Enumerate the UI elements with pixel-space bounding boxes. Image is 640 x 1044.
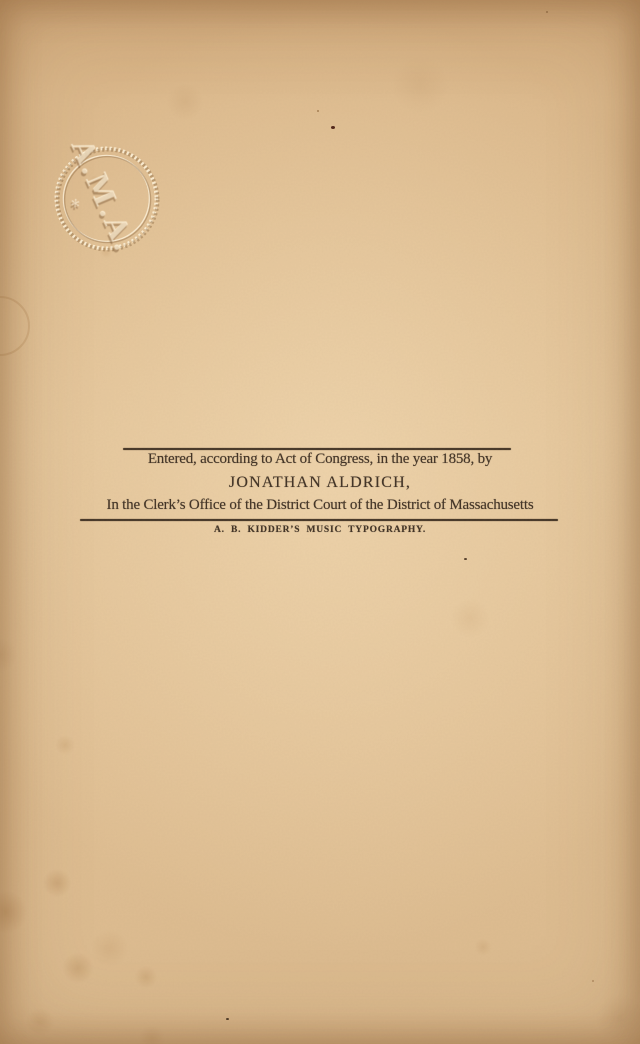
ink-speck — [546, 11, 548, 13]
edge-ring-stain — [0, 296, 30, 356]
imprint-top-rule — [123, 448, 511, 450]
ink-speck — [226, 1018, 229, 1020]
printer-credit-line: A. B. KIDDER’S MUSIC TYPOGRAPHY. — [0, 525, 640, 535]
imprint-author-line: JONATHAN ALDRICH, — [0, 474, 640, 492]
scanned-book-page: A.M.A. * Entered, according to Act of Co… — [0, 0, 640, 1044]
ink-speck — [331, 126, 335, 129]
ink-speck — [317, 110, 319, 112]
imprint-bottom-rule — [80, 519, 558, 521]
ink-speck — [592, 980, 594, 982]
embossed-library-stamp: A.M.A. * — [51, 143, 163, 255]
ink-speck — [464, 558, 467, 560]
imprint-clerk-line: In the Clerk’s Office of the District Co… — [0, 497, 640, 514]
imprint-entered-line: Entered, according to Act of Congress, i… — [0, 451, 640, 468]
